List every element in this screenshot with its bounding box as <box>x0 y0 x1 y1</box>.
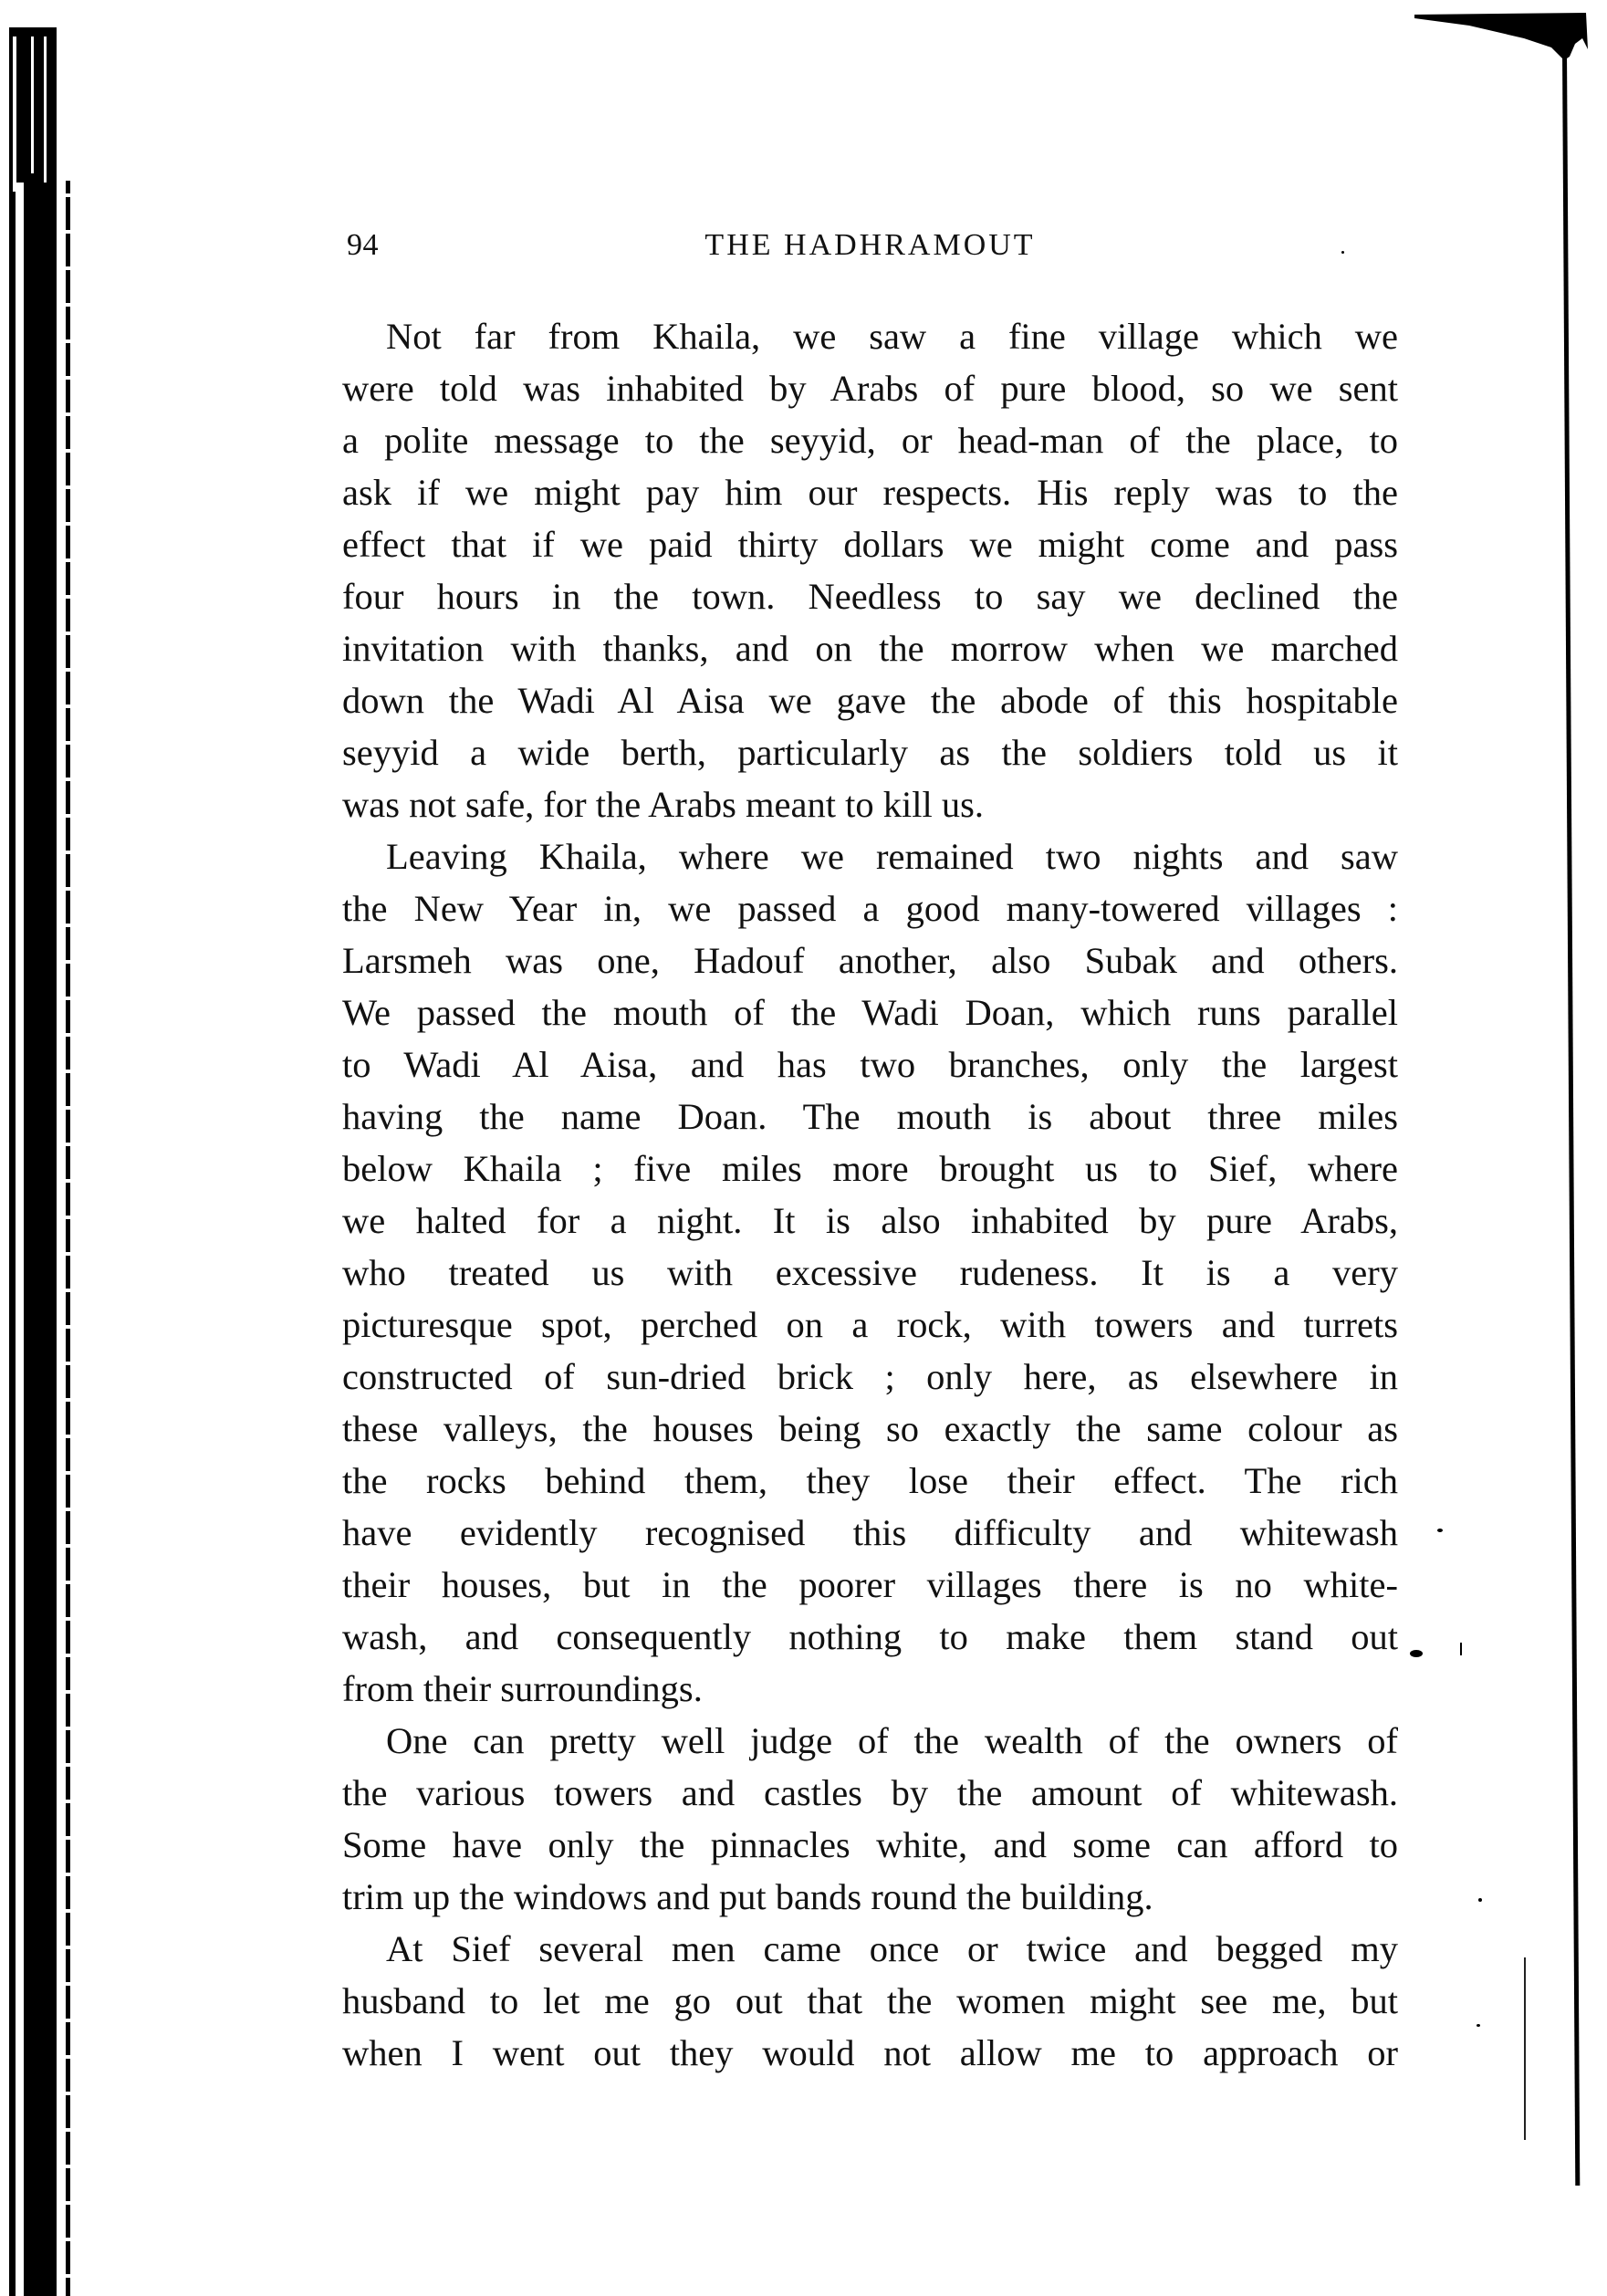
paragraph: One can pretty well judge of the wealth … <box>342 1715 1398 1923</box>
text-line: when I went out they would not allow me … <box>342 2027 1398 2079</box>
text-line: the various towers and castles by the am… <box>342 1767 1398 1819</box>
scan-speck <box>1460 1643 1462 1655</box>
text-line: the rocks behind them, they lose their e… <box>342 1455 1398 1507</box>
text-line: a polite message to the seyyid, or head-… <box>342 414 1398 466</box>
text-line: their houses, but in the poorer villages… <box>342 1559 1398 1611</box>
text-line: the New Year in, we passed a good many-t… <box>342 882 1398 934</box>
text-line: invitation with thanks, and on the morro… <box>342 622 1398 674</box>
scan-speck <box>1478 1898 1482 1902</box>
text-line: to Wadi Al Aisa, and has two branches, o… <box>342 1038 1398 1091</box>
text-line: seyyid a wide berth, particularly as the… <box>342 726 1398 778</box>
text-line: were told was inhabited by Arabs of pure… <box>342 362 1398 414</box>
text-line: Some have only the pinnacles white, and … <box>342 1819 1398 1871</box>
text-line: ask if we might pay him our respects. Hi… <box>342 466 1398 518</box>
running-head: 94 THE HADHRAMOUT <box>342 228 1398 265</box>
text-line: constructed of sun-dried brick ; only he… <box>342 1351 1398 1403</box>
text-line: Larsmeh was one, Hadouf another, also Su… <box>342 934 1398 986</box>
body-text: Not far from Khaila, we saw a fine villa… <box>342 310 1398 2079</box>
text-line: One can pretty well judge of the wealth … <box>342 1715 1398 1767</box>
text-line: Leaving Khaila, where we remained two ni… <box>342 830 1398 882</box>
text-line: Not far from Khaila, we saw a fine villa… <box>342 310 1398 362</box>
text-line: effect that if we paid thirty dollars we… <box>342 518 1398 570</box>
text-line: four hours in the town. Needless to say … <box>342 570 1398 622</box>
binding-highlight <box>44 37 47 183</box>
scan-speck <box>1410 1650 1423 1657</box>
text-line: We passed the mouth of the Wadi Doan, wh… <box>342 986 1398 1038</box>
text-line: wash, and consequently nothing to make t… <box>342 1611 1398 1663</box>
text-line: have evidently recognised this difficult… <box>342 1507 1398 1559</box>
text-line: from their surroundings. <box>342 1663 1398 1715</box>
binding-highlight <box>31 37 34 173</box>
binding-gap <box>16 183 24 2296</box>
paragraph: At Sief several men came once or twice a… <box>342 1923 1398 2079</box>
text-line: who treated us with excessive rudeness. … <box>342 1247 1398 1299</box>
text-line: below Khaila ; five miles more brought u… <box>342 1143 1398 1195</box>
running-head-title: THE HADHRAMOUT <box>342 228 1398 263</box>
scan-speck <box>1477 2024 1480 2027</box>
page-edge-border <box>1562 50 1580 2186</box>
text-line: we halted for a night. It is also inhabi… <box>342 1195 1398 1247</box>
scan-speck <box>1437 1529 1443 1532</box>
binding-page-edge <box>66 181 70 2296</box>
book-binding-edge <box>0 0 82 2296</box>
paragraph: Not far from Khaila, we saw a fine villa… <box>342 310 1398 830</box>
text-line: trim up the windows and put bands round … <box>342 1871 1398 1923</box>
text-line: these valleys, the houses being so exact… <box>342 1403 1398 1455</box>
paragraph: Leaving Khaila, where we remained two ni… <box>342 830 1398 1715</box>
page-edge-fragment <box>1524 1957 1526 2140</box>
binding-highlight <box>13 37 16 192</box>
text-line: was not safe, for the Arabs meant to kil… <box>342 778 1398 830</box>
text-line: down the Wadi Al Aisa we gave the abode … <box>342 674 1398 726</box>
text-line: picturesque spot, perched on a rock, wit… <box>342 1299 1398 1351</box>
text-line: having the name Doan. The mouth is about… <box>342 1091 1398 1143</box>
text-line: husband to let me go out that the women … <box>342 1975 1398 2027</box>
text-line: At Sief several men came once or twice a… <box>342 1923 1398 1975</box>
